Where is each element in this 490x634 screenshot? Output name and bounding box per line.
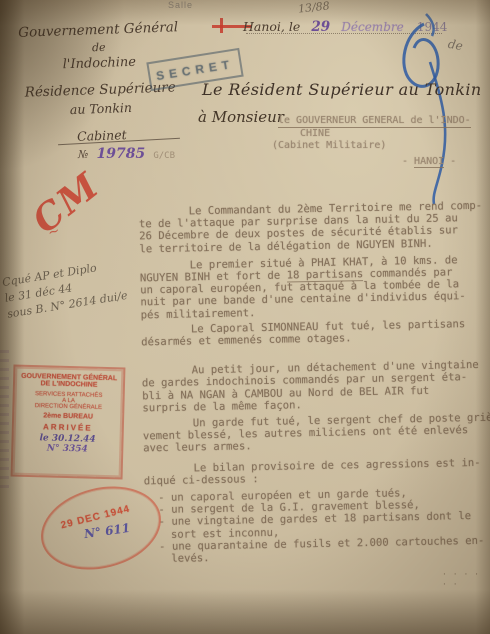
letterhead-tonkin: au Tonkin (13, 98, 189, 119)
archive-room-label: Salle (168, 0, 193, 10)
red-cross-vertical (220, 18, 223, 33)
casualty-list: - un caporal européen et un garde tués, … (144, 486, 490, 566)
city-dash-right: - (444, 156, 456, 167)
recipient-salutation-script: à Monsieur (198, 108, 284, 126)
paragraph-4: Au petit jour, un détachement d'une ving… (142, 359, 490, 414)
arrival-stamp-bureau: 2ème BUREAU (14, 412, 122, 422)
arrival-registry-stamp: GOUVERNEMENT GÉNÉRAL DE L'INDOCHINE SERV… (11, 365, 126, 480)
city-name: HANOI (414, 156, 444, 168)
sender-title: Le Résident Supérieur au Tonkin (202, 80, 482, 99)
letterhead-government: Gouvernement Général (10, 19, 186, 41)
arrival-stamp-arrivee: ARRIVÉE (14, 422, 122, 434)
blue-ink-flourish (368, 4, 488, 209)
city-dash-left: - (402, 156, 414, 167)
letter-body: Le Commandant du 2ème Territoire me rend… (139, 200, 490, 566)
paragraph-5: Un garde fut tué, le sergent chef de pos… (143, 412, 490, 455)
reference-number-line: № 19785 G/CB (78, 143, 175, 162)
dateline-place: Hanoi, le (243, 19, 300, 34)
copy-routing-note: Cqué AP et Diplo le 31 déc 44 sous B. N°… (1, 253, 147, 322)
left-edge-archive-marks (0, 350, 9, 490)
paragraph-2: Le premier situé à PHAI KHAT, à 10 kms. … (140, 253, 489, 321)
paragraph-3: Le Caporal SIMONNEAU fut tué, les partis… (141, 317, 489, 348)
reference-number-handwritten: 19785 (97, 146, 146, 162)
recipient-cabinet-militaire: (Cabinet Militaire) (272, 140, 386, 152)
paragraph-6: Le bilan provisoire de ces agressions es… (144, 456, 490, 487)
reference-suffix: G/CB (153, 151, 175, 161)
recipient-typed-line1: le GOUVERNEUR GENERAL de l'INDO- (278, 115, 471, 128)
recipient-typed-line2: CHINE (300, 128, 330, 140)
cm-red-annotation: CM (25, 164, 108, 242)
document-photo: Salle 13/88 Gouvernement Général de l'In… (0, 0, 490, 634)
reference-prefix: № (78, 148, 88, 161)
recipient-city: - HANOI - (402, 156, 456, 168)
pencil-reference-note: 13/88 (297, 0, 330, 16)
paragraph-1: Le Commandant du 2ème Territoire me rend… (139, 200, 488, 255)
arrival-number-handwritten: N° 3354 (13, 443, 121, 456)
typed-dots-mark: · · · · · · (443, 570, 490, 590)
